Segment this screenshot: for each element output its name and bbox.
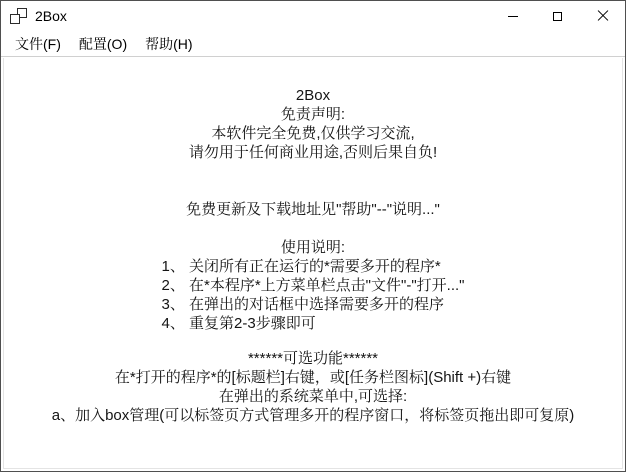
app-icon bbox=[10, 8, 27, 24]
close-button[interactable] bbox=[580, 1, 625, 31]
minimize-button[interactable] bbox=[490, 1, 535, 31]
disclaimer-heading: 免责声明: bbox=[4, 105, 622, 124]
usage-step: 2、 在*本程序*上方菜单栏点击"文件"-"打开..." bbox=[162, 276, 465, 295]
usage-step: 3、 在弹出的对话框中选择需要多开的程序 bbox=[162, 295, 465, 314]
window-controls bbox=[490, 1, 625, 31]
menu-item-config[interactable]: 配置(O) bbox=[70, 31, 136, 57]
menu-bar: 文件(F) 配置(O) 帮助(H) bbox=[1, 31, 625, 57]
optional-line: a、加入box管理(可以标签页方式管理多开的程序窗口，将标签页拖出即可复原) bbox=[4, 406, 622, 425]
disclaimer-line: 本软件完全免费,仅供学习交流, bbox=[4, 124, 622, 143]
close-icon bbox=[597, 10, 609, 22]
disclaimer-line: 请勿用于任何商业用途,否则后果自负! bbox=[4, 143, 622, 162]
menu-item-help[interactable]: 帮助(H) bbox=[136, 31, 201, 57]
update-info-line: 免费更新及下载地址见"帮助"--"说明..." bbox=[4, 200, 622, 219]
window-title: 2Box bbox=[35, 1, 67, 31]
app-name-heading: 2Box bbox=[4, 86, 622, 105]
client-area: 2Box 免责声明: 本软件完全免费,仅供学习交流, 请勿用于任何商业用途,否则… bbox=[3, 58, 623, 469]
usage-step: 1、 关闭所有正在运行的*需要多开的程序* bbox=[162, 257, 465, 276]
usage-heading: 使用说明: bbox=[4, 238, 622, 257]
maximize-button[interactable] bbox=[535, 1, 580, 31]
overlapping-window-front-icon bbox=[10, 14, 20, 24]
usage-step: 4、 重复第2-3步骤即可 bbox=[162, 314, 465, 333]
optional-line: 在*打开的程序*的[标题栏]右键，或[任务栏图标](Shift +)右键 bbox=[4, 368, 622, 387]
optional-line: 在弹出的系统菜单中,可选择: bbox=[4, 387, 622, 406]
minimize-icon bbox=[508, 16, 518, 17]
usage-steps: 1、 关闭所有正在运行的*需要多开的程序* 2、 在*本程序*上方菜单栏点击"文… bbox=[162, 257, 465, 333]
menu-item-file[interactable]: 文件(F) bbox=[6, 31, 70, 57]
app-window: 2Box 文件(F) 配置(O) 帮助(H) 2Box 免责声明: 本软件完全免… bbox=[0, 0, 626, 472]
maximize-icon bbox=[553, 12, 562, 21]
title-bar[interactable]: 2Box bbox=[1, 1, 625, 31]
optional-heading: ******可选功能****** bbox=[4, 349, 622, 368]
